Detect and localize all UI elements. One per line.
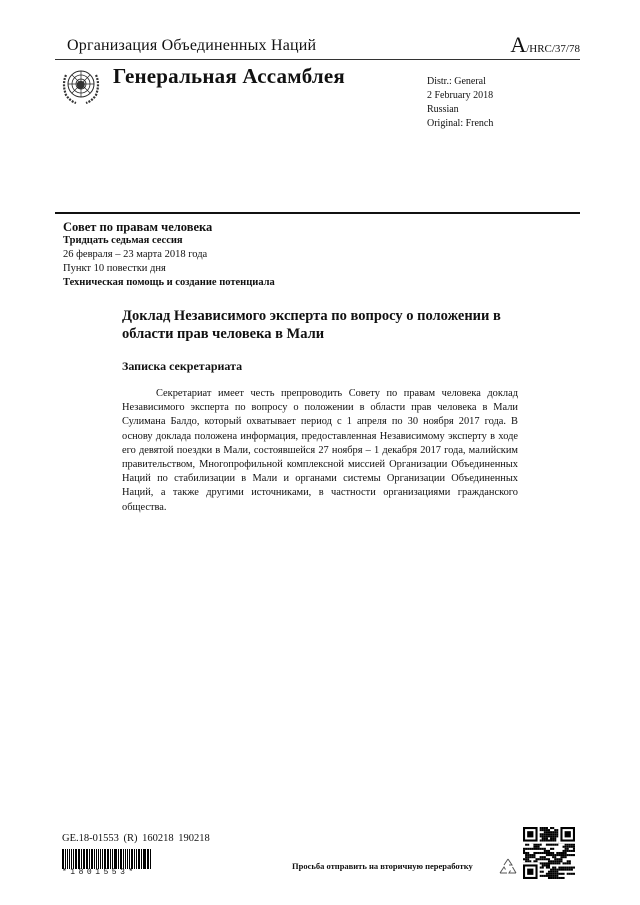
barcode-text: *1801553* bbox=[62, 868, 137, 877]
council-name: Совет по правам человека bbox=[63, 220, 275, 234]
qr-code-icon bbox=[523, 827, 575, 879]
document-title: Доклад Независимого эксперта по вопросу … bbox=[122, 307, 542, 343]
distr-language: Russian bbox=[427, 103, 493, 117]
organization-name: Организация Объединенных Наций bbox=[67, 37, 316, 55]
agenda-title: Техническая помощь и создание потенциала bbox=[63, 276, 275, 290]
council-block: Совет по правам человека Тридцать седьма… bbox=[63, 220, 275, 290]
session-name: Тридцать седьмая сессия bbox=[63, 234, 275, 248]
symbol-prefix: A bbox=[510, 32, 526, 57]
distribution-block: Distr.: General 2 February 2018 Russian … bbox=[427, 75, 493, 131]
assembly-name: Генеральная Ассамблея bbox=[113, 64, 345, 89]
distr-original: Original: French bbox=[427, 117, 493, 131]
distr-label: Distr.: General bbox=[427, 75, 493, 89]
recycle-icon bbox=[497, 857, 519, 877]
job-number: GE.18-01553 (R) 160218 190218 bbox=[62, 833, 210, 844]
note-heading: Записка секретариата bbox=[122, 359, 242, 374]
header-rule bbox=[55, 59, 580, 60]
symbol-rest: /HRC/37/78 bbox=[526, 43, 580, 55]
un-emblem-icon bbox=[60, 63, 102, 105]
barcode-icon bbox=[62, 849, 152, 869]
distr-date: 2 February 2018 bbox=[427, 89, 493, 103]
recycle-text: Просьба отправить на вторичную переработ… bbox=[292, 861, 473, 871]
document-symbol: A/HRC/37/78 bbox=[510, 32, 580, 58]
agenda-item: Пункт 10 повестки дня bbox=[63, 262, 275, 276]
note-paragraph: Секретариат имеет честь препроводить Сов… bbox=[122, 387, 518, 515]
session-dates: 26 февраля – 23 марта 2018 года bbox=[63, 248, 275, 262]
section-rule bbox=[55, 212, 580, 214]
